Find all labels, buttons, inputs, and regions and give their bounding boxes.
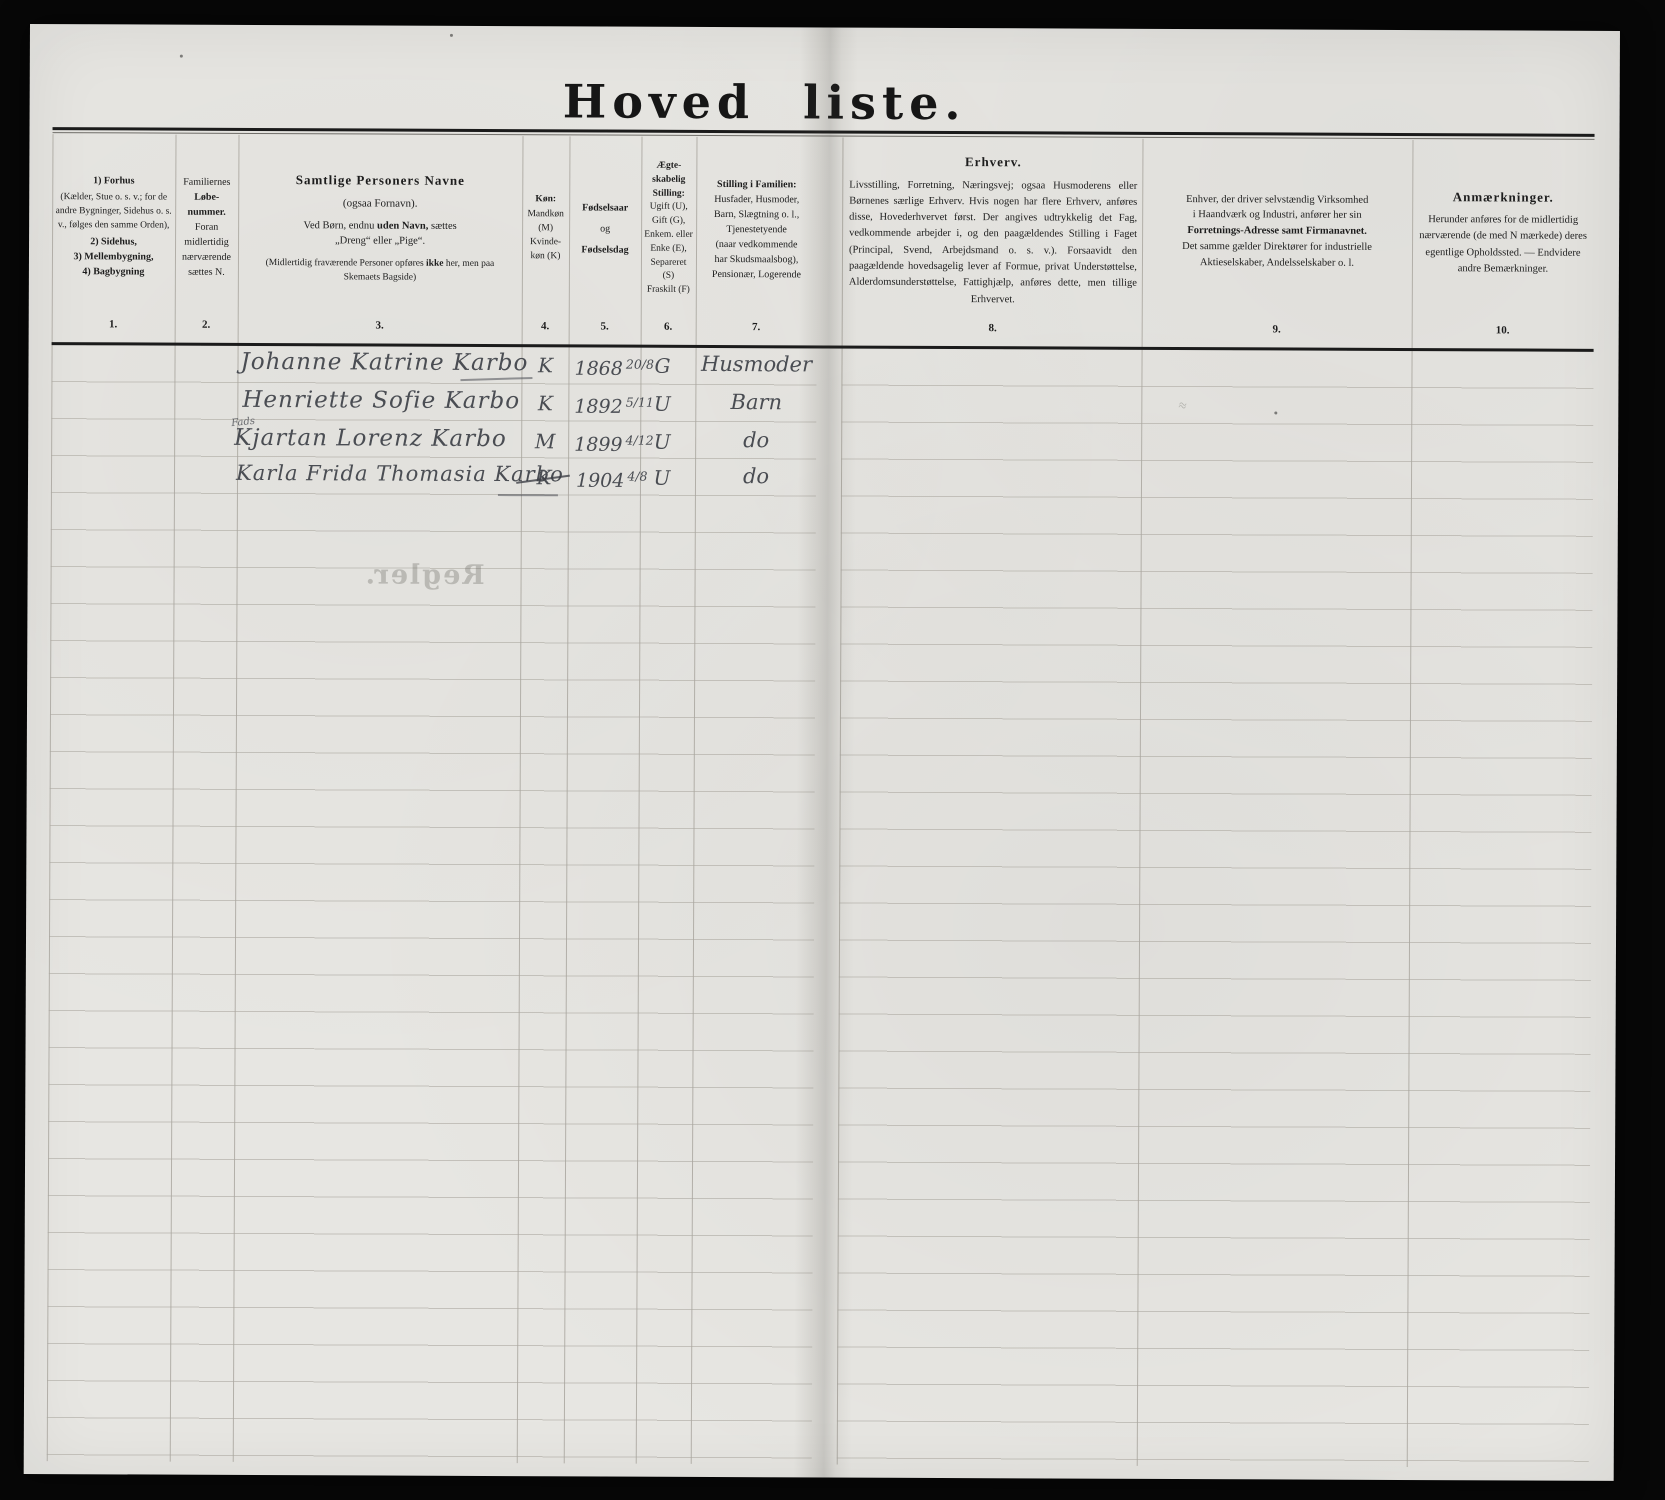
header-1-line: 3) Mellembygning,: [73, 250, 153, 265]
header-col-10-remarks: Anmærkninger. Herunder anføres for de mi…: [1412, 142, 1595, 323]
header-4-line: (M): [538, 221, 553, 235]
header-10-title: Anmærkninger.: [1453, 187, 1554, 207]
header-2-line: Foran: [195, 219, 218, 234]
header-9-line: Enhver, der driver selvstændig Virksomhe…: [1186, 192, 1368, 209]
header-7-line: Barn, Slægtning o. l.,: [714, 206, 799, 221]
entry-4-marital-status: U: [644, 466, 680, 490]
header-7-line: har Skudsmaalsbog),: [714, 251, 798, 266]
entry-2-marital-status: U: [644, 392, 680, 416]
header-col-8-occupation: Erhverv. Livsstilling, Forretning, Nærin…: [844, 140, 1143, 321]
entry-1-sex: K: [528, 353, 562, 377]
ghost-bleedthrough-regler: Regler.: [364, 559, 485, 591]
entry-3-sex: M: [526, 429, 564, 453]
header-col-5-birthdate: Fødselsaar og Fødselsdag: [569, 138, 642, 318]
header-2-line: midlertidig: [184, 234, 229, 249]
header-col-2-family-number: Familiernes Løbe- nummer. Foran midlerti…: [175, 137, 239, 317]
header-4-line: Køn:: [535, 193, 556, 207]
header-col-4-sex: Køn: Mandkøn (M) Kvinde- køn (K): [522, 138, 570, 318]
header-3-seg-bold: uden Navn,: [377, 220, 428, 231]
header-5-line: og: [600, 221, 610, 236]
header-1-line: (Kælder, Stue o. s. v.; for de andre Byg…: [52, 190, 175, 233]
header-3-line: Ved Børn, endnu uden Navn, sættes: [304, 218, 457, 234]
entry-4-name: Karla Frida Thomasia Karbo: [236, 461, 564, 486]
entry-2-family-position: Barn: [696, 390, 816, 415]
entry-3-birth-year: 1899: [574, 434, 622, 456]
header-9-line: Aktieselskaber, Andelsselskaber o. l.: [1200, 255, 1354, 271]
header-3-seg: (Midlertidig fraværende Personer opføres: [266, 258, 426, 269]
header-9-line: Forretnings-Adresse samt Firmanavnet.: [1187, 223, 1367, 240]
entry-2-birthdate: 18925/11: [574, 394, 654, 418]
scan-background: { "scan": { "title": "Hoved liste." }, "…: [0, 0, 1665, 1500]
header-5-line: Fødselsaar: [582, 200, 628, 215]
entry-3-family-position: do: [696, 428, 816, 453]
header-7-line: Pensionær, Logerende: [712, 266, 801, 281]
header-3-note: (Midlertidig fraværende Personer opføres…: [252, 256, 507, 286]
column-number-10: 10.: [1412, 324, 1594, 347]
header-1-line: 4) Bagbygning: [82, 265, 144, 280]
entry-1-birthdate: 186820/8: [574, 356, 654, 380]
column-number-4: 4.: [522, 320, 569, 342]
header-2-line: nummer.: [188, 204, 226, 219]
header-2-line: Løbe-: [194, 189, 219, 204]
entry-2-birth-year: 1892: [574, 396, 622, 418]
header-9-line: i Haandværk og Industri, anfører her sin: [1193, 207, 1362, 223]
header-9-line: Det samme gælder Direktører for industri…: [1182, 239, 1372, 256]
header-col-9-business-address: Enhver, der driver selvstændig Virksomhe…: [1142, 141, 1413, 322]
header-10-body: Herunder anføres for de midlertidig nærv…: [1419, 212, 1587, 278]
entry-4-birthdate: 19044/8: [576, 468, 648, 492]
header-1-line: 2) Sidehus,: [90, 235, 137, 250]
column-number-5: 5.: [569, 320, 641, 342]
column-number-3: 3.: [238, 319, 522, 342]
row-lines-right-page: [837, 349, 1594, 1468]
header-3-seg-bold: ikke: [426, 259, 443, 269]
page-title: Hoved liste.: [30, 72, 1500, 132]
header-6-line: Ugift (U),: [650, 201, 688, 215]
entry-4-underline: [498, 494, 558, 496]
entry-3-birthdate: 18994/12: [574, 432, 654, 456]
header-2-line: nærværende: [182, 249, 231, 264]
entry-2-name: Henriette Sofie Karbo: [242, 387, 520, 414]
header-6-line: Fraskilt (F): [647, 284, 690, 298]
header-3-title: Samtlige Personers Navne: [296, 170, 465, 190]
header-col-3-names: Samtlige Personers Navne (ogsaa Fornavn)…: [238, 137, 523, 318]
header-6-line: Gift (G),: [652, 215, 685, 229]
column-number-9: 9.: [1142, 323, 1412, 346]
header-4-line: Kvinde-: [530, 235, 561, 249]
column-number-2: 2.: [175, 319, 238, 341]
header-7-line: Husfader, Husmoder,: [714, 191, 799, 206]
header-3-seg: sættes: [428, 220, 456, 231]
column-number-8: 8.: [844, 322, 1142, 345]
entry-3-name: Kjartan Lorenz Karbo: [234, 425, 507, 452]
header-2-line: Familiernes: [183, 174, 230, 189]
header-7-line: Tjenestetyende: [726, 222, 787, 237]
header-col-6-marital: Ægte- skabelig Stilling: Ugift (U), Gift…: [641, 139, 697, 319]
dust-speck: [450, 34, 453, 37]
row-lines-left-page: [47, 345, 817, 1464]
page-fold-shadow: [794, 27, 858, 1477]
header-6-line: skabelig: [652, 174, 685, 188]
header-6-line: Stilling:: [653, 187, 685, 201]
header-6-line: (S): [663, 270, 675, 284]
entry-4-family-position: do: [696, 464, 816, 489]
header-3-line: „Dreng“ eller „Pige“.: [335, 234, 425, 250]
header-1-line: 1) Forhus: [93, 173, 134, 188]
header-4-line: Mandkøn: [527, 207, 563, 221]
entry-2-sex: K: [528, 391, 562, 415]
header-col-1-buildings: 1) Forhus (Kælder, Stue o. s. v.; for de…: [52, 136, 176, 317]
header-2-line: sættes N.: [188, 264, 225, 279]
entry-1-name: Johanne Katrine Karbo: [240, 349, 528, 376]
header-5-line: Fødselsdag: [581, 242, 628, 257]
header-3-seg: Ved Børn, endnu: [304, 220, 378, 231]
header-4-line: køn (K): [531, 250, 561, 264]
entry-1-marital-status: G: [644, 354, 680, 378]
entry-1-birth-year: 1868: [574, 358, 622, 380]
entry-3-marital-status: U: [644, 430, 680, 454]
entry-1-family-position: Husmoder: [696, 352, 816, 377]
header-6-line: Enke (E),: [650, 242, 686, 256]
header-3-line: (ogsaa Fornavn).: [343, 195, 418, 212]
header-7-line: Stilling i Familien:: [717, 176, 797, 191]
header-6-line: Enkem. eller: [644, 229, 693, 243]
header-8-title: Erhverv.: [965, 152, 1022, 172]
dust-speck: [180, 55, 183, 58]
paper-sheet: Hoved liste. 1) Forhus (Kælder, Stue o. …: [24, 24, 1620, 1481]
column-number-6: 6.: [641, 321, 696, 343]
entry-4-birth-year: 1904: [576, 470, 624, 492]
header-8-body: Livsstilling, Forretning, Næringsvej; og…: [849, 177, 1138, 308]
column-number-1: 1.: [52, 318, 175, 341]
dust-speck: [1274, 411, 1277, 414]
header-7-line: (naar vedkommende: [716, 236, 798, 251]
header-6-line: Separeret: [650, 256, 686, 270]
header-6-line: Ægte-: [656, 160, 681, 174]
